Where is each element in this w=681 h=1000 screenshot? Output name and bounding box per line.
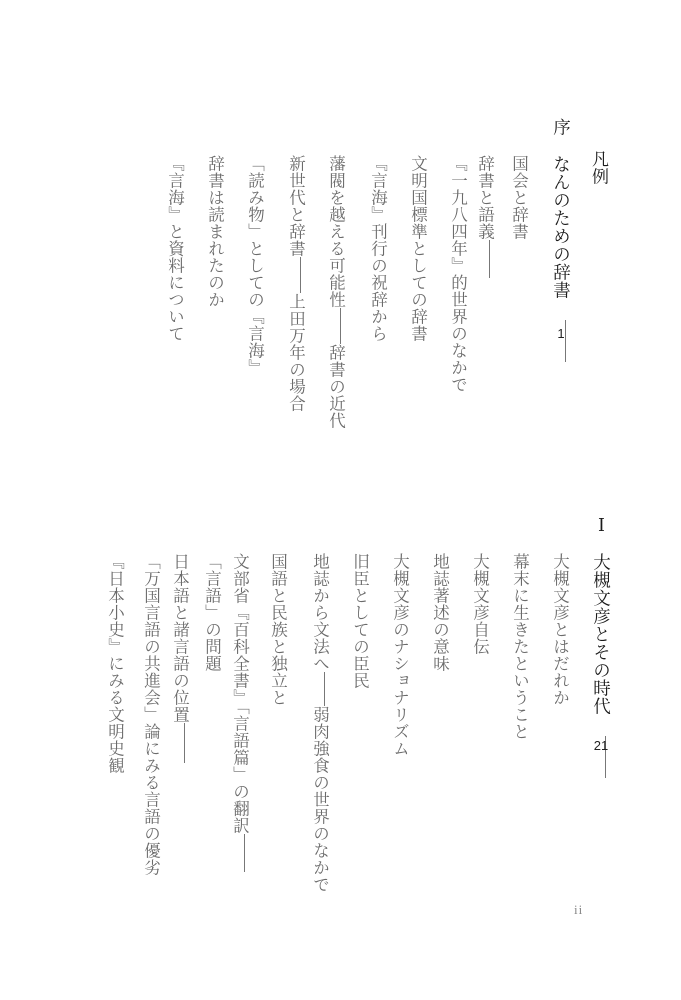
toc-entry: 「万国言語の共進会」論にみる言語の優劣 bbox=[142, 553, 159, 876]
preface-title-text: なんのための辞書 bbox=[551, 155, 571, 299]
toc-entry: 「読み物」としての『言海』 bbox=[246, 155, 263, 376]
chapter-title-text: 大槻文彦とその時代 bbox=[591, 553, 611, 715]
toc-entry: 幕末に生きたということ bbox=[511, 553, 528, 740]
preface-page-number: 1 bbox=[552, 326, 570, 341]
entry-dash bbox=[184, 723, 185, 763]
toc-entry: 『日本小史』にみる文明史観 bbox=[106, 553, 123, 774]
toc-entry: 辞書と語義 bbox=[476, 155, 493, 278]
toc-entry: 国会と辞書 bbox=[510, 155, 527, 240]
toc-entry: 新世代と辞書上田万年の場合 bbox=[287, 155, 304, 412]
toc-entry: 地誌著述の意味 bbox=[431, 553, 448, 672]
toc-entry: 地誌から文法へ弱肉強食の世界のなかで bbox=[311, 553, 328, 893]
toc-entry: 「言語」の問題 bbox=[203, 553, 220, 672]
preface-marker: 序 bbox=[551, 118, 569, 136]
toc-entry: 『一九八四年』的世界のなかで bbox=[449, 155, 466, 393]
toc-entry: 旧臣としての臣民 bbox=[351, 553, 368, 689]
page-number: ii bbox=[574, 902, 583, 918]
toc-entry: 大槻文彦のナショナリズム bbox=[391, 553, 408, 757]
toc-entry: 大槻文彦自伝 bbox=[471, 553, 488, 655]
chapter-page-number: 21 bbox=[590, 738, 612, 753]
toc-entry: 文部省『百科全書』「言語篇」の翻訳 bbox=[231, 553, 248, 872]
front-matter-label: 凡例 bbox=[589, 150, 606, 185]
toc-entry: 藩閥を越える可能性辞書の近代 bbox=[327, 155, 344, 429]
toc-entry: 国語と民族と独立と bbox=[269, 553, 286, 706]
toc-entry: 『言海』と資料について bbox=[166, 155, 183, 342]
entry-dash bbox=[324, 672, 325, 706]
entry-dash bbox=[244, 834, 245, 872]
entry-dash bbox=[340, 308, 341, 344]
entry-dash bbox=[489, 240, 490, 278]
chapter-marker: I bbox=[592, 516, 610, 537]
toc-entry: 文明国標準としての辞書 bbox=[409, 155, 426, 342]
entry-dash bbox=[300, 257, 301, 293]
toc-entry: 大槻文彦とはだれか bbox=[551, 553, 568, 706]
toc-entry: 日本語と諸言語の位置 bbox=[171, 553, 188, 763]
book-page: 凡例 序 なんのための辞書 1 国会と辞書 辞書と語義 『一九八四年』的世界のな… bbox=[0, 0, 681, 1000]
toc-entry: 辞書は読まれたのか bbox=[206, 155, 223, 308]
toc-entry: 『言海』刊行の祝辞から bbox=[369, 155, 386, 342]
